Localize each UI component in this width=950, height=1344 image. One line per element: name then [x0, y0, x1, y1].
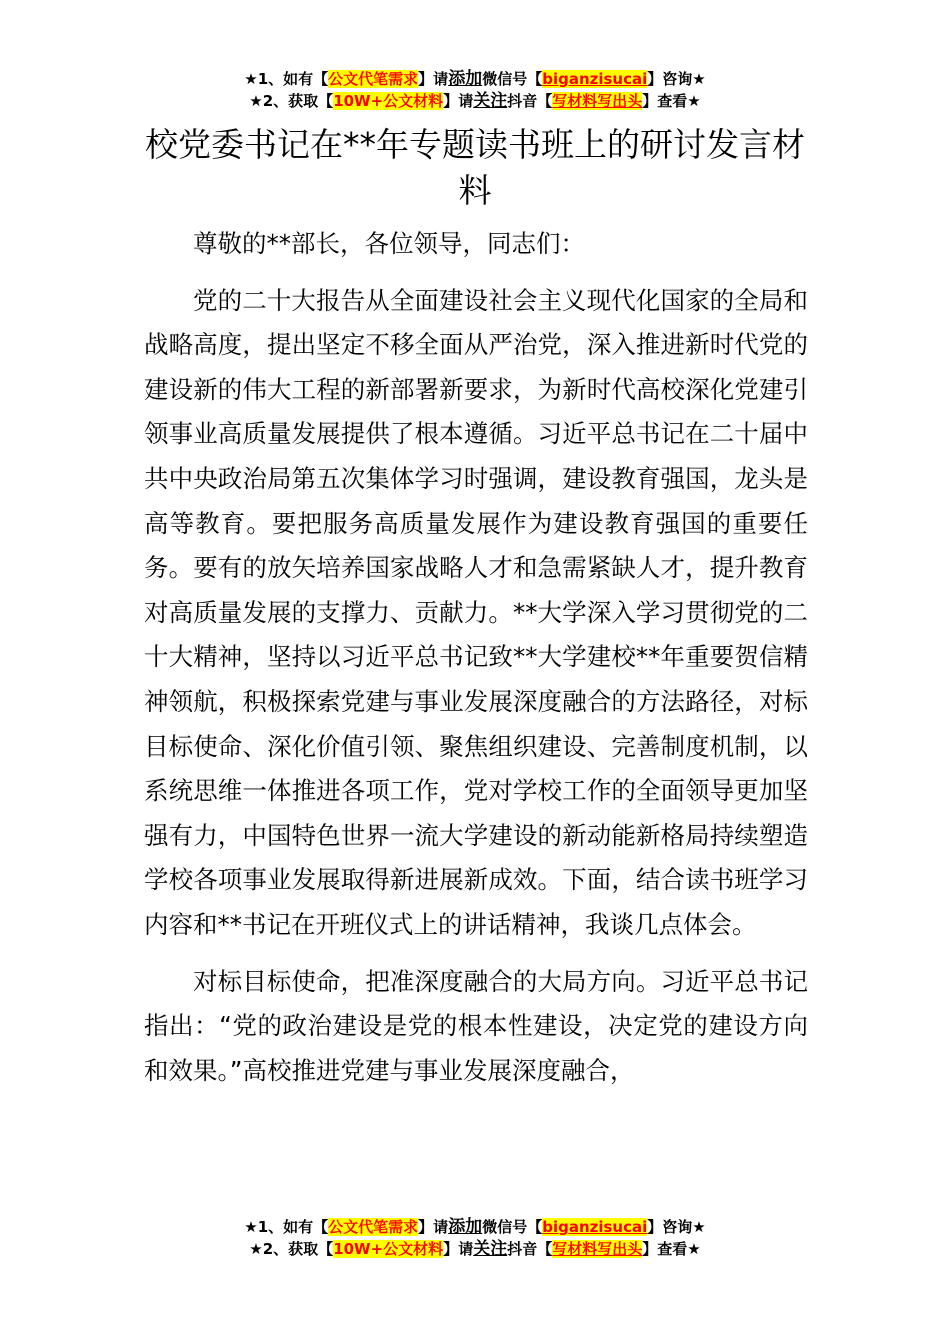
highlight-douyin-account: 写材料写出头: [552, 1240, 642, 1258]
paragraph: 对标目标使命，把准深度融合的大局方向。习近平总书记指出：“党的政治建设是党的根本…: [144, 960, 808, 1094]
highlight-wechat-id: biganzisucai: [542, 1218, 647, 1236]
highlight-service: 公文代笔需求: [328, 70, 418, 88]
promo-line-2: ★2、获取【10W+公文材料】请关注抖音【写材料写出头】查看★: [0, 90, 950, 112]
document-title: 校党委书记在**年专题读书班上的研讨发言材料: [140, 122, 810, 214]
emphasis-add: 添加: [448, 1217, 482, 1237]
promo-line-1: ★1、如有【公文代笔需求】请添加微信号【biganzisucai】咨询★: [0, 68, 950, 90]
document-body: 尊敬的**部长，各位领导，同志们： 党的二十大报告从全面建设社会主义现代化国家的…: [144, 222, 808, 1093]
promo-line-1: ★1、如有【公文代笔需求】请添加微信号【biganzisucai】咨询★: [0, 1216, 950, 1238]
emphasis-add: 添加: [448, 69, 482, 89]
promo-banner-bottom: ★1、如有【公文代笔需求】请添加微信号【biganzisucai】咨询★ ★2、…: [0, 1216, 950, 1260]
highlight-materials: 10W+公文材料: [333, 92, 443, 110]
highlight-douyin-account: 写材料写出头: [552, 92, 642, 110]
highlight-wechat-id: biganzisucai: [542, 70, 647, 88]
salutation: 尊敬的**部长，各位领导，同志们：: [144, 222, 808, 267]
paragraph: 党的二十大报告从全面建设社会主义现代化国家的全局和战略高度，提出坚定不移全面从严…: [144, 279, 808, 948]
promo-banner-top: ★1、如有【公文代笔需求】请添加微信号【biganzisucai】咨询★ ★2、…: [0, 68, 950, 112]
promo-line-2: ★2、获取【10W+公文材料】请关注抖音【写材料写出头】查看★: [0, 1238, 950, 1260]
highlight-service: 公文代笔需求: [328, 1218, 418, 1236]
emphasis-follow: 关注: [473, 91, 507, 111]
emphasis-follow: 关注: [473, 1239, 507, 1259]
highlight-materials: 10W+公文材料: [333, 1240, 443, 1258]
